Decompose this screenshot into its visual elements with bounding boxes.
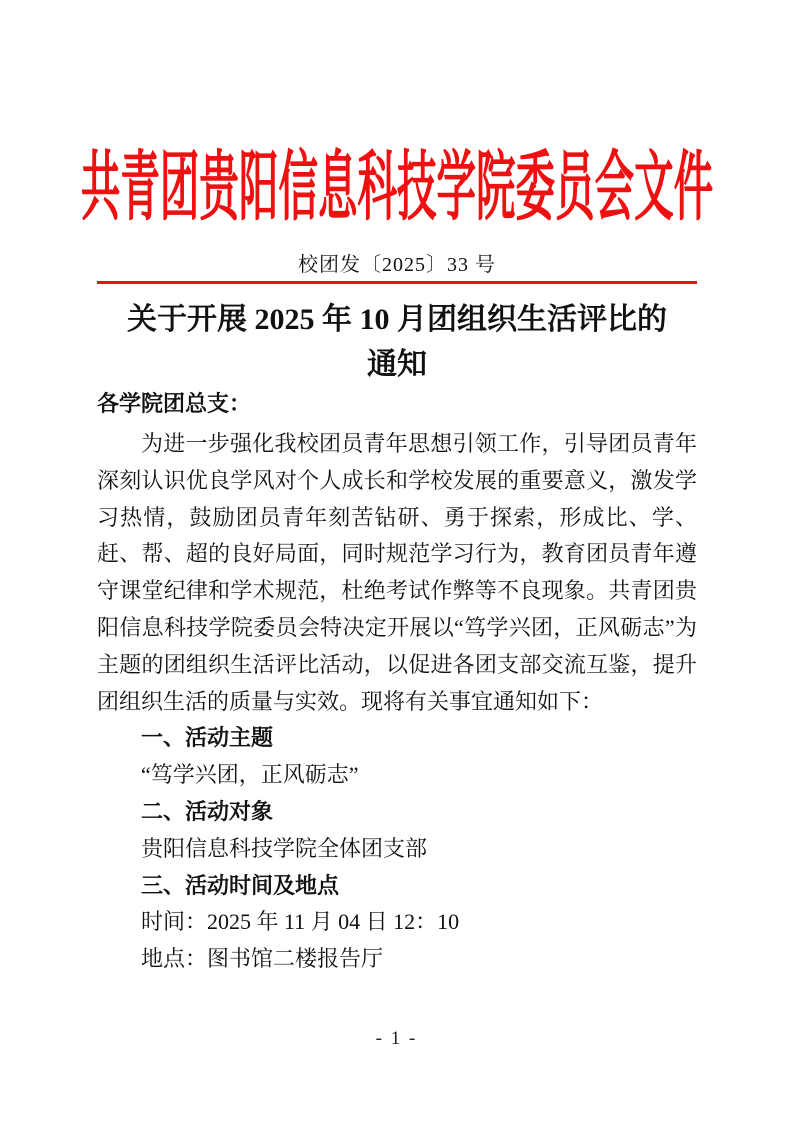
section-2-heading: 二、活动对象 bbox=[97, 794, 697, 831]
document-page: 共青团贵阳信息科技学院委员会文件 校团发〔2025〕33 号 关于开展 2025… bbox=[0, 0, 793, 1122]
body-paragraph: 为进一步强化我校团员青年思想引领工作，引导团员青年深刻认识优良学风对个人成长和学… bbox=[97, 426, 697, 720]
document-number: 校团发〔2025〕33 号 bbox=[97, 254, 697, 276]
page-footer: - 1 - bbox=[0, 1028, 793, 1050]
section-1-heading: 一、活动主题 bbox=[97, 720, 697, 757]
document-title-line2: 通知 bbox=[97, 342, 697, 387]
letterhead-org-title: 共青团贵阳信息科技学院委员会文件 bbox=[81, 148, 713, 228]
section-1-content-line: “笃学兴团，正风砺志” bbox=[97, 757, 697, 794]
page-number: - 1 - bbox=[376, 1028, 418, 1049]
document-title: 关于开展 2025 年 10 月团组织生活评比的 通知 bbox=[97, 297, 697, 387]
letterhead-divider-line bbox=[97, 281, 697, 284]
section-3-time-line: 时间：2025 年 11 月 04 日 12：10 bbox=[97, 904, 697, 941]
letterhead: 共青团贵阳信息科技学院委员会文件 bbox=[97, 148, 697, 228]
section-3-heading: 三、活动时间及地点 bbox=[97, 868, 697, 905]
section-2-content-line: 贵阳信息科技学院全体团支部 bbox=[97, 831, 697, 868]
section-3-place-line: 地点：图书馆二楼报告厅 bbox=[97, 941, 697, 978]
content-column: 共青团贵阳信息科技学院委员会文件 校团发〔2025〕33 号 关于开展 2025… bbox=[97, 148, 697, 978]
salutation: 各学院团总支： bbox=[97, 390, 697, 418]
document-title-line1: 关于开展 2025 年 10 月团组织生活评比的 bbox=[97, 297, 697, 342]
